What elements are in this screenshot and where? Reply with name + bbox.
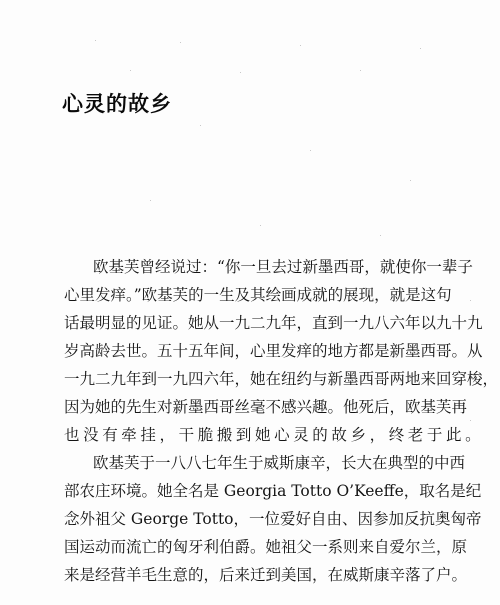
body-line: 欧基芙于一八八七年生于威斯康辛，长大在典型的中西 (93, 453, 444, 473)
body-line: 一九二九年到一九四六年，她在纽约与新墨西哥两地来回穿梭， (64, 369, 444, 389)
body-line: 也没有牵挂，干脆搬到她心灵的故乡，终老于此。 (64, 425, 444, 445)
chapter-title: 心灵的故乡 (62, 88, 172, 118)
body-line: 心里发痒。”欧基芙的一生及其绘画成就的展现，就是这句 (64, 285, 444, 305)
body-line: 国运动而流亡的匈牙利伯爵。她祖父一系则来自爱尔兰，原 (64, 537, 444, 557)
body-line: 岁高龄去世。五十五年间，心里发痒的地方都是新墨西哥。从 (64, 341, 444, 361)
book-page: 心灵的故乡 欧基芙曾经说过：“你一旦去过新墨西哥，就使你一辈子 心里发痒。”欧基… (0, 0, 500, 605)
body-line: 因为她的先生对新墨西哥丝毫不感兴趣。他死后，欧基芙再 (64, 397, 444, 417)
body-line: 念外祖父 George Totto，一位爱好自由、因参加反抗奥匈帝 (64, 509, 444, 529)
body-line: 欧基芙曾经说过：“你一旦去过新墨西哥，就使你一辈子 (93, 257, 444, 277)
body-line: 来是经营羊毛生意的，后来迁到美国，在威斯康辛落了户。 (64, 565, 444, 585)
body-line: 话最明显的见证。她从一九二九年，直到一九八六年以九十九 (64, 313, 444, 333)
body-line: 部农庄环境。她全名是 Georgia Totto O’Keeffe，取名是纪 (64, 481, 444, 501)
